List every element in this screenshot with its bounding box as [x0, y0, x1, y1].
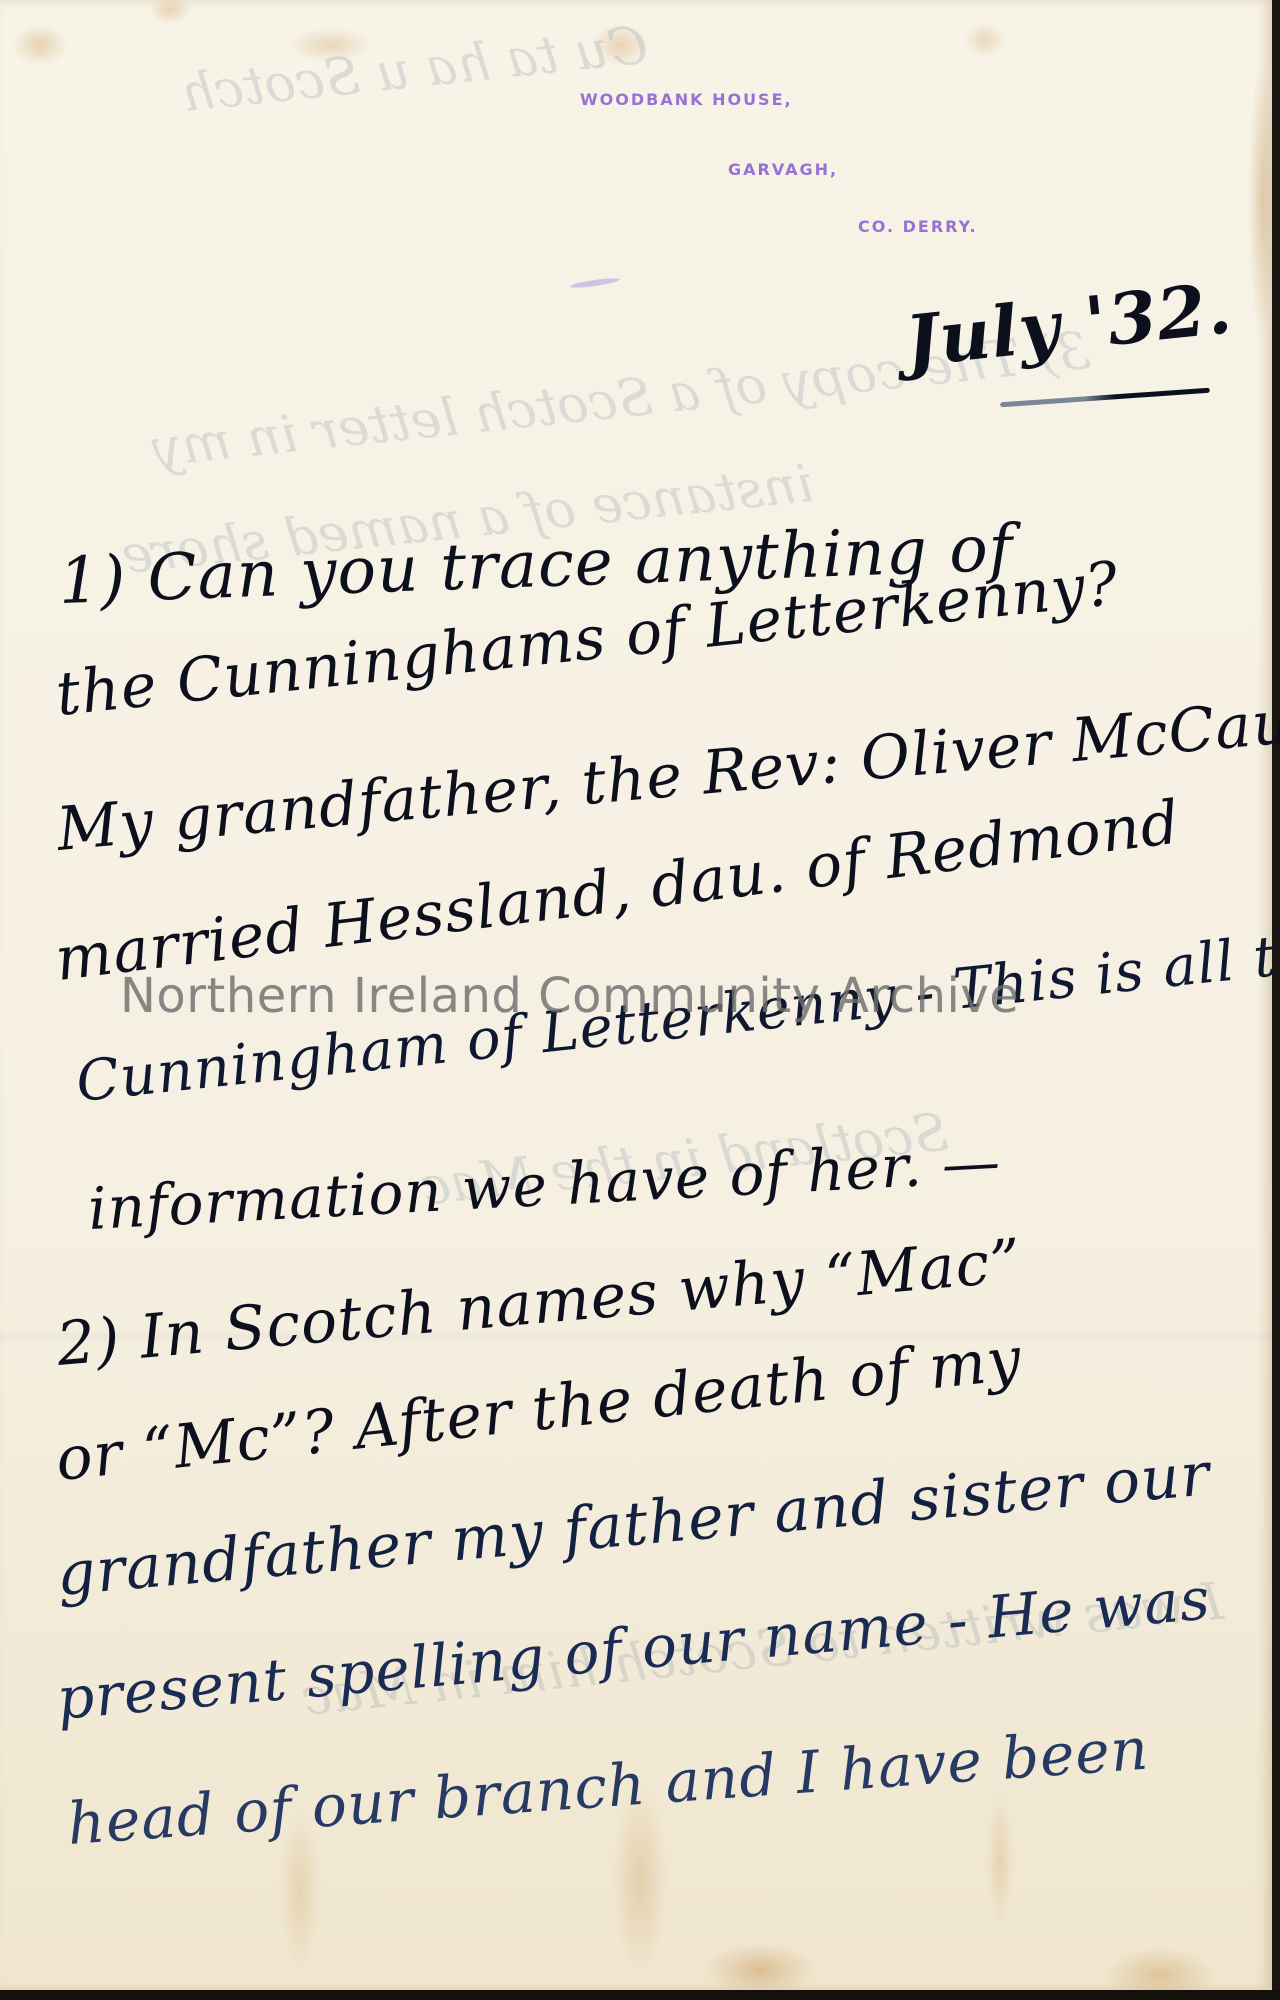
scan-edge	[0, 1990, 1280, 2000]
date-underline	[1000, 388, 1210, 408]
ink-smudge	[570, 277, 620, 290]
letter-page: Cu ta ha u Scotch 3) The copy of a Scotc…	[0, 0, 1272, 1990]
letterhead-county: CO. DERRY.	[858, 217, 978, 236]
letterhead-house: WOODBANK HOUSE,	[580, 90, 793, 109]
letterhead-town: GARVAGH,	[728, 160, 838, 179]
letter-date: July '32.	[901, 266, 1236, 383]
body-line: head of our branch and I have been	[65, 1715, 1151, 1858]
archive-watermark: Northern Ireland Community Archive	[120, 968, 1019, 1024]
